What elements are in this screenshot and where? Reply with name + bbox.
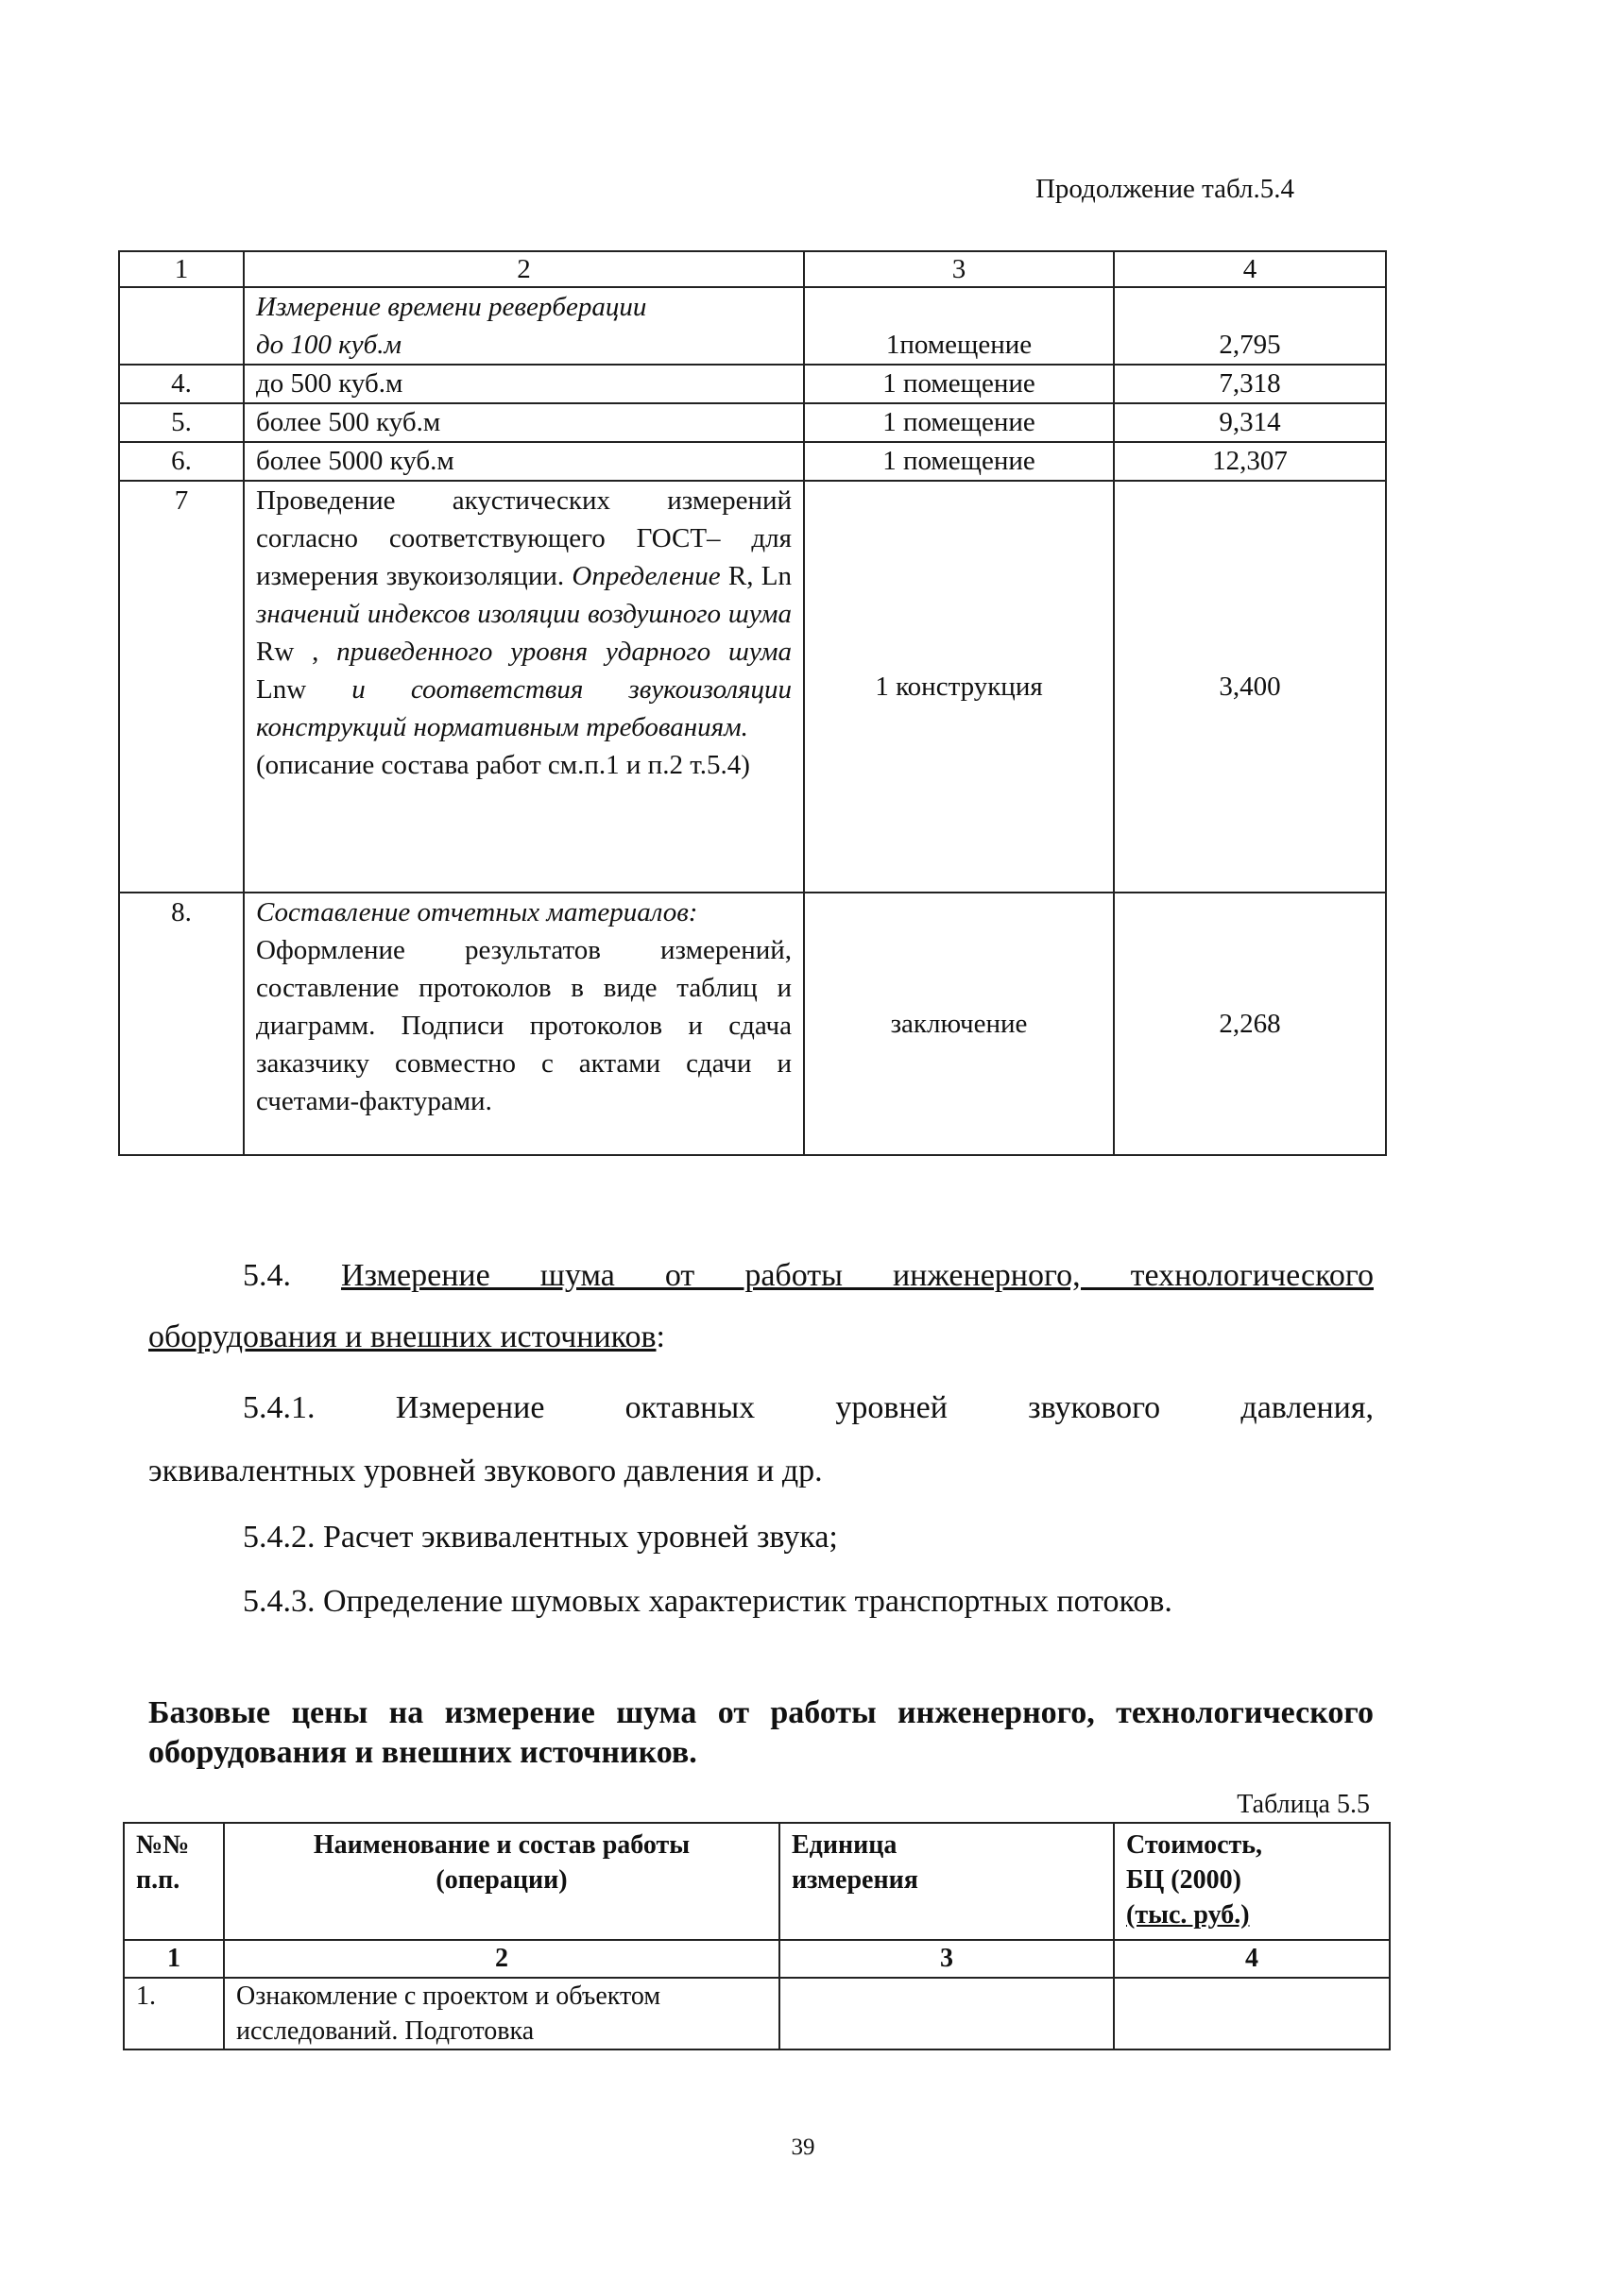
row-price: 7,318 [1114, 365, 1386, 403]
table-5-5: №№ п.п. Наименование и состав работы (оп… [123, 1822, 1391, 2050]
subsection-5-4-2: 5.4.2. Расчет эквивалентных уровней звук… [148, 1518, 1468, 1557]
row-name-line: Измерение времени реверберации [256, 288, 792, 326]
table-row: 5. более 500 куб.м 1 помещение 9,314 [119, 403, 1386, 442]
header-unit: Единица измерения [779, 1823, 1114, 1940]
section-number: 5.4. [148, 1258, 291, 1293]
table-continuation-label: Продолжение табл.5.4 [945, 173, 1294, 205]
table-row: 8. Составление отчетных материалов: Офор… [119, 893, 1386, 1155]
column-number: 1 [124, 1940, 224, 1978]
header-num: №№ п.п. [124, 1823, 224, 1940]
section-title-part2: оборудования и внешних источников [148, 1319, 657, 1354]
row-name-note: (описание состава работ см.п.1 и п.2 т.5… [256, 746, 792, 784]
header-line: БЦ (2000) [1126, 1862, 1377, 1897]
row-number: 6. [119, 442, 244, 481]
row-name: до 500 куб.м [244, 365, 804, 403]
row-unit: заключение [804, 893, 1114, 1155]
column-number: 1 [119, 251, 244, 287]
table-5-5-label: Таблица 5.5 [1115, 1790, 1370, 1820]
table-row: 4. до 500 куб.м 1 помещение 7,318 [119, 365, 1386, 403]
row-price: 12,307 [1114, 442, 1386, 481]
row-name: Составление отчетных материалов: Оформле… [244, 893, 804, 1155]
subsection-5-4-1-line2: эквивалентных уровней звукового давления… [148, 1452, 1374, 1491]
row-number: 7 [119, 481, 244, 893]
header-line: Единица [792, 1828, 1102, 1862]
header-line: (тыс. руб.) [1126, 1897, 1377, 1932]
subsection-5-4-1-line1: 5.4.1. Измерение октавных уровней звуков… [148, 1388, 1374, 1428]
section-title-part1: Измерение шума от работы инженерного, те… [341, 1258, 1374, 1293]
row-name-symbols: R, Ln [721, 561, 792, 591]
table-row: 1. Ознакомление с проектом и объектом ис… [124, 1978, 1390, 2049]
row-number: 1. [124, 1978, 224, 2049]
table-row: Измерение времени реверберации до 100 ку… [119, 287, 1386, 365]
section-heading-line1: 5.4. Измерение шума от работы инженерног… [148, 1256, 1374, 1296]
header-line: измерения [792, 1862, 1102, 1897]
header-price: Стоимость, БЦ (2000) (тыс. руб.) [1114, 1823, 1390, 1940]
row-unit: 1 помещение [804, 442, 1114, 481]
row-name-italic: Составление отчетных материалов: [256, 893, 792, 931]
header-line: п.п. [136, 1862, 212, 1897]
section-title-colon: : [657, 1319, 665, 1354]
row-number: 8. [119, 893, 244, 1155]
table-5-4-continuation: 1 2 3 4 Измерение времени реверберации д… [118, 250, 1387, 1156]
row-number: 4. [119, 365, 244, 403]
row-name-italic: приведенного уровня ударного шума [336, 637, 792, 667]
column-number: 2 [244, 251, 804, 287]
row-price: 3,400 [1114, 481, 1386, 893]
table-row: 7 Проведение акустических измерений согл… [119, 481, 1386, 893]
row-number: 5. [119, 403, 244, 442]
row-name-line: до 100 куб.м [256, 326, 792, 364]
section-heading-line2: оборудования и внешних источников: [148, 1318, 1374, 1357]
table-header-row: №№ п.п. Наименование и состав работы (оп… [124, 1823, 1390, 1940]
row-name-italic: Определение [572, 561, 720, 591]
column-number: 4 [1114, 251, 1386, 287]
row-name: Проведение акустических измерений соглас… [244, 481, 804, 893]
page-number: 39 [756, 2134, 850, 2161]
column-number: 2 [224, 1940, 779, 1978]
column-number: 4 [1114, 1940, 1390, 1978]
table-5-5-title: Базовые цены на измерение шума от работы… [148, 1693, 1374, 1773]
row-name: более 5000 куб.м [244, 442, 804, 481]
row-price [1114, 1978, 1390, 2049]
table-column-numbers-row: 1 2 3 4 [124, 1940, 1390, 1978]
header-line: Стоимость, [1126, 1828, 1377, 1862]
row-name: Измерение времени реверберации до 100 ку… [244, 287, 804, 365]
subsection-5-4-3: 5.4.3. Определение шумовых характеристик… [148, 1582, 1468, 1622]
row-unit [779, 1978, 1114, 2049]
row-unit: 1 помещение [804, 365, 1114, 403]
row-name: более 500 куб.м [244, 403, 804, 442]
column-number: 3 [779, 1940, 1114, 1978]
header-line: №№ [136, 1828, 212, 1862]
table-row: 6. более 5000 куб.м 1 помещение 12,307 [119, 442, 1386, 481]
row-name-symbols: Lnw [256, 674, 351, 705]
row-unit: 1помещение [804, 287, 1114, 365]
row-name-italic: значений индексов изоляции воздушного шу… [256, 599, 792, 629]
row-name-symbols: Rw , [256, 637, 336, 667]
column-number: 3 [804, 251, 1114, 287]
header-name: Наименование и состав работы (операции) [224, 1823, 779, 1940]
row-price: 9,314 [1114, 403, 1386, 442]
row-unit: 1 конструкция [804, 481, 1114, 893]
header-line: Наименование и состав работы [236, 1828, 767, 1862]
table-column-numbers-row: 1 2 3 4 [119, 251, 1386, 287]
header-line: (операции) [236, 1862, 767, 1897]
row-name: Ознакомление с проектом и объектом иссле… [224, 1978, 779, 2049]
row-unit: 1 помещение [804, 403, 1114, 442]
row-number [119, 287, 244, 365]
row-price: 2,795 [1114, 287, 1386, 365]
row-name-text: Оформление результатов измерений, состав… [256, 935, 792, 1116]
row-price: 2,268 [1114, 893, 1386, 1155]
